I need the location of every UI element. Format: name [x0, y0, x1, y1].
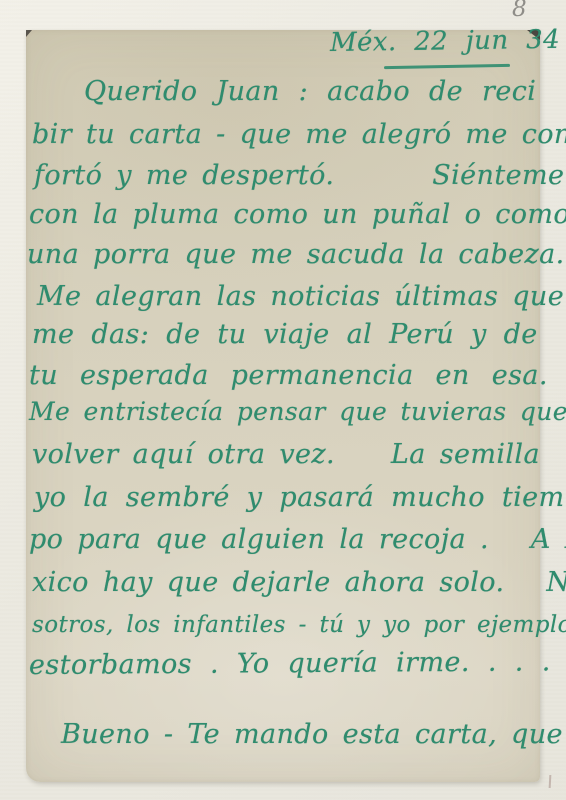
letter-line: con la pluma como un puñal o como — [29, 199, 566, 230]
paper-corner-mark-top-left — [26, 30, 32, 37]
letter-line: Me entristecía pensar que tuvieras que — [29, 397, 566, 426]
letter-line: Me alegran las noticias últimas que — [37, 281, 564, 312]
letter-line: Querido Juan : acabo de reci — [84, 76, 536, 107]
scanned-letter-page: { "scan": { "page_number": "8", "colors"… — [0, 0, 566, 800]
margin-tick-mark — [549, 775, 552, 788]
date-line: Méx. 22 jun 34 — [330, 25, 560, 58]
letter-line: estorbamos . Yo quería irme. . . . . — [29, 646, 566, 681]
letter-line: bir tu carta - que me alegró me con — [32, 119, 566, 150]
letter-line: sotros, los infantiles - tú y yo por eje… — [32, 612, 566, 638]
date-underline — [384, 64, 510, 69]
letter-line: me das: de tu viaje al Perú y de — [32, 319, 538, 350]
page-number-annotation: 8 — [512, 0, 527, 22]
letter-line: yo la sembré y pasará mucho tiem — [34, 482, 565, 513]
letter-line: una porra que me sacuda la cabeza. — [27, 239, 565, 270]
letter-line: volver aquí otra vez. La semilla — [32, 439, 540, 470]
letter-line: fortó y me despertó. Siénteme — [34, 160, 564, 191]
letter-line: po para que alguien la recoja . A Mé — [29, 524, 566, 555]
letter-paper: Méx. 22 jun 34 Querido Juan : acabo de r… — [26, 30, 540, 782]
letter-line: Bueno - Te mando esta carta, que — [61, 719, 563, 750]
letter-line: xico hay que dejarle ahora solo. No — [32, 567, 566, 598]
letter-line: tu esperada permanencia en esa. — [29, 360, 548, 391]
